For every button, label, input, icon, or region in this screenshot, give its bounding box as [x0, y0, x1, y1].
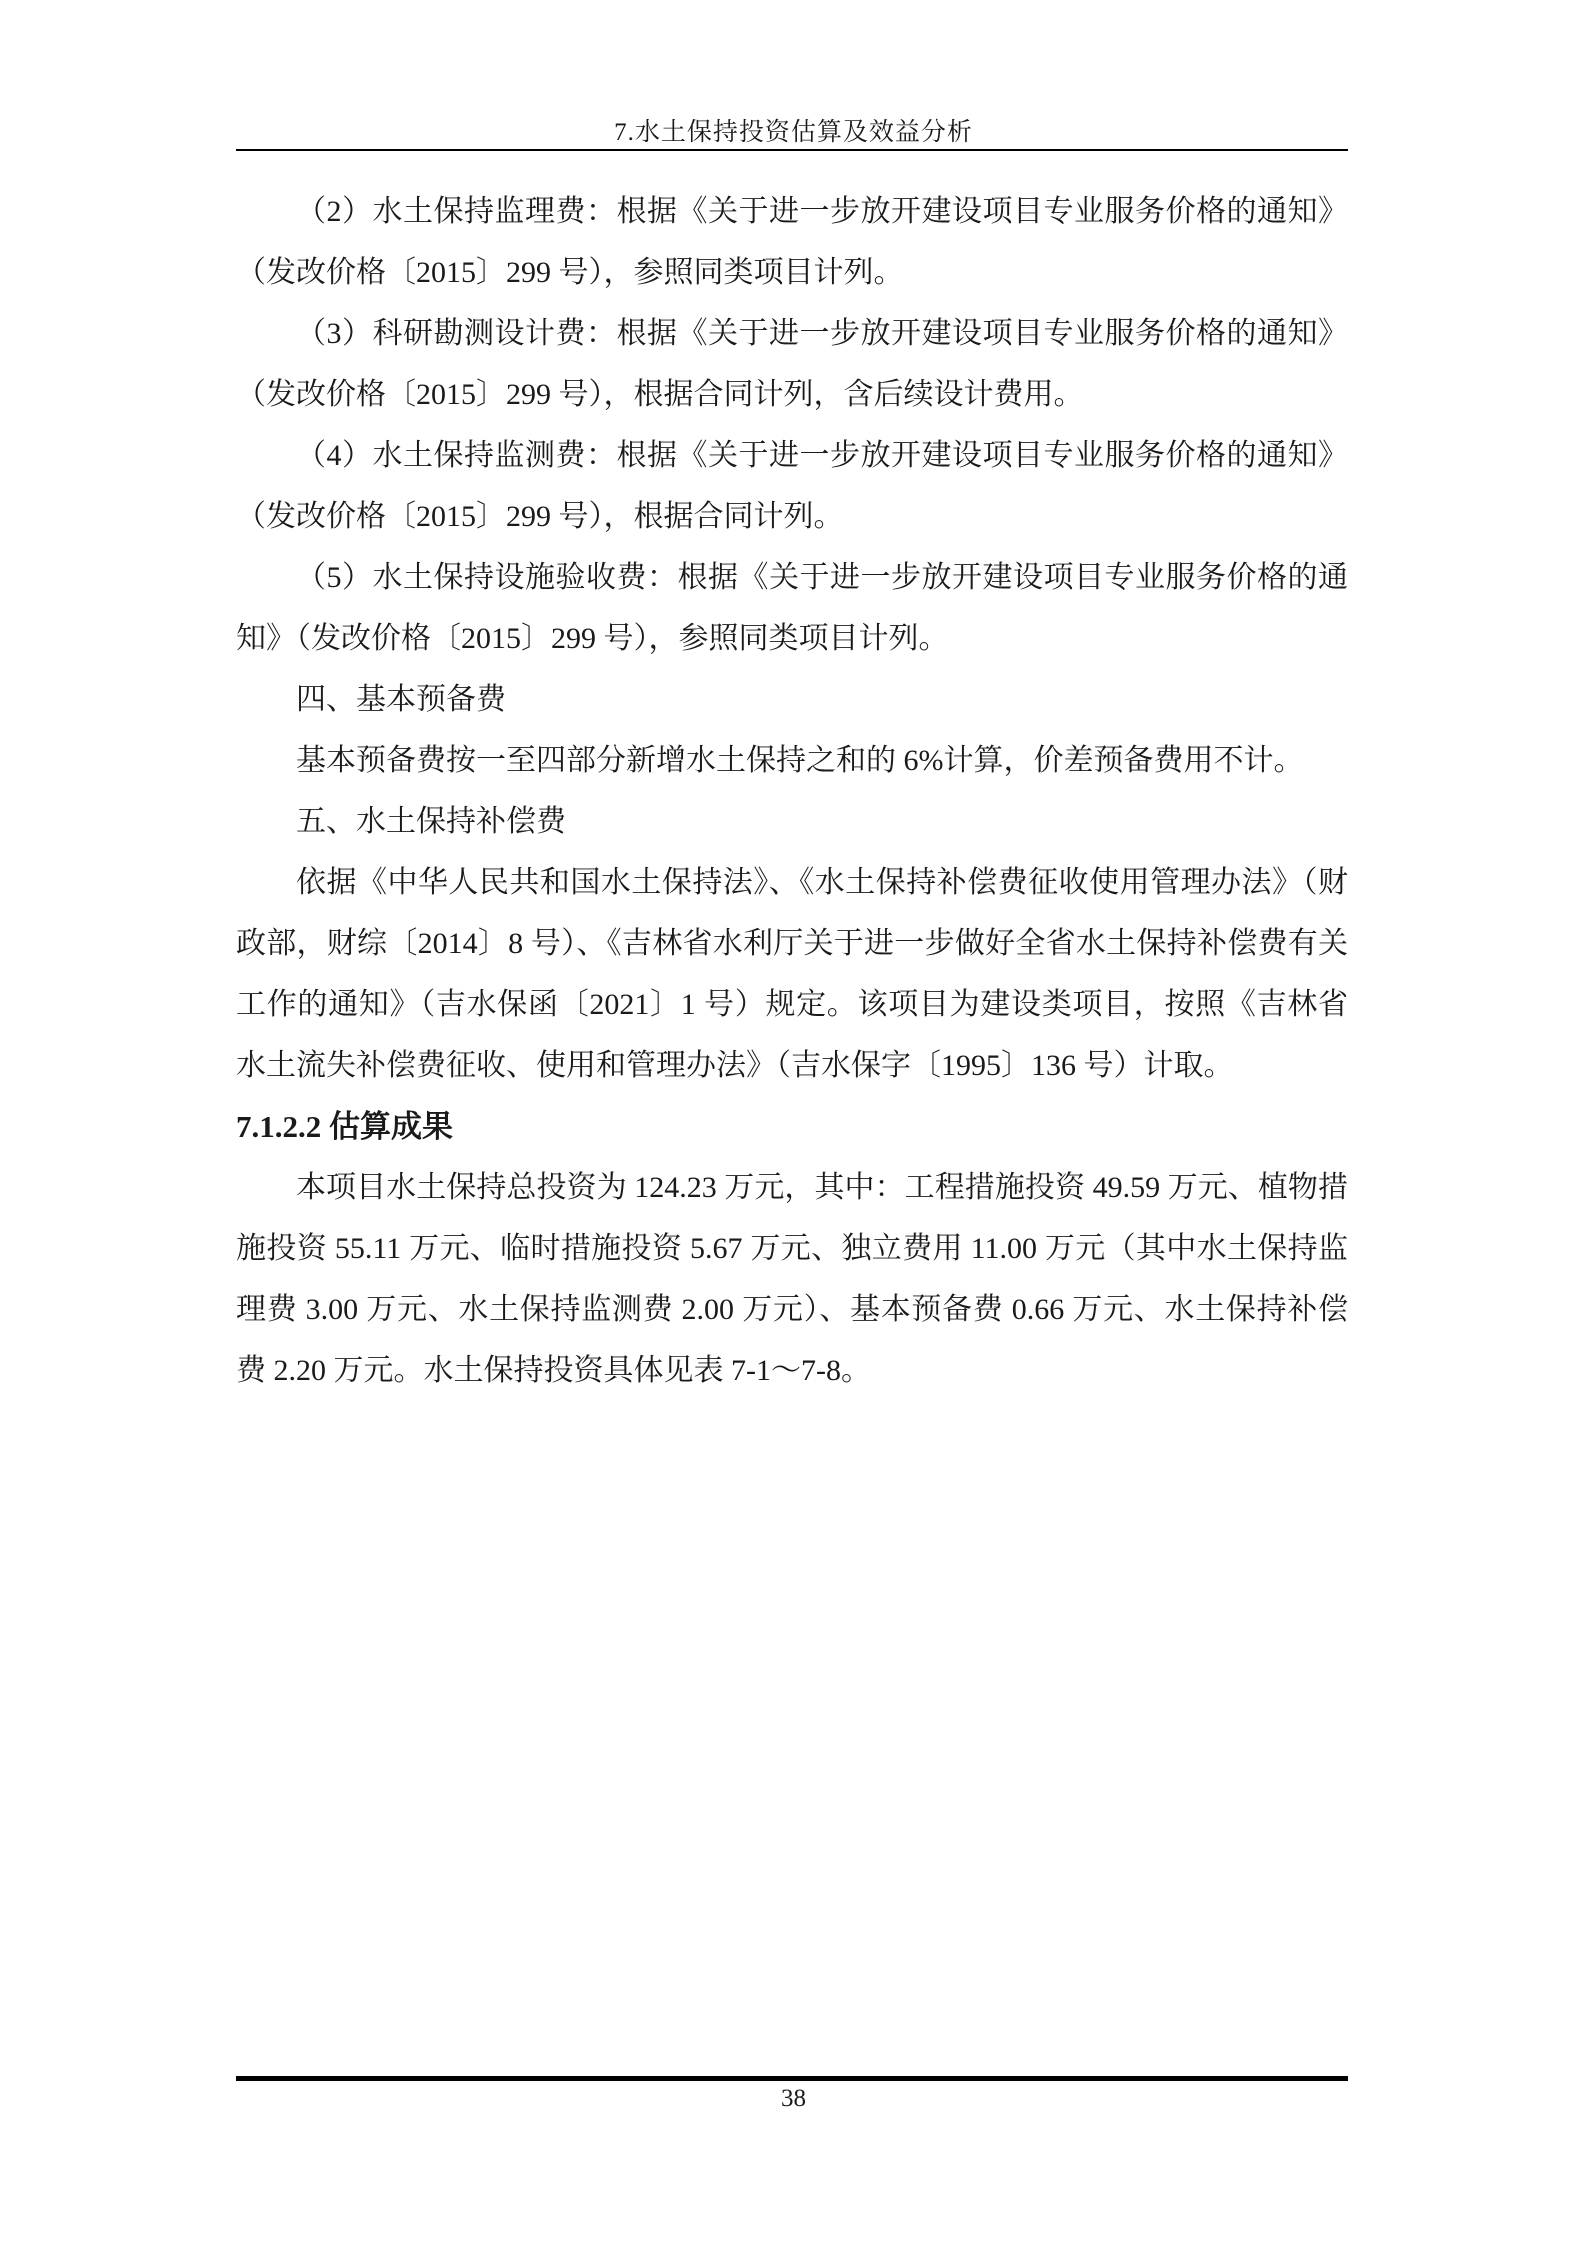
- section-heading-estimate-results: 7.1.2.2 估算成果: [236, 1096, 1348, 1157]
- document-page: 7.水土保持投资估算及效益分析 （2）水土保持监理费：根据《关于进一步放开建设项…: [0, 0, 1587, 2245]
- para-compensation-fee-basis: 依据《中华人民共和国水土保持法》、《水土保持补偿费征收使用管理办法》（财政部，财…: [236, 852, 1348, 1096]
- para-supervision-fee: （2）水土保持监理费：根据《关于进一步放开建设项目专业服务价格的通知》（发改价格…: [236, 181, 1348, 303]
- page-header-title: 7.水土保持投资估算及效益分析: [0, 112, 1587, 148]
- page-body: （2）水土保持监理费：根据《关于进一步放开建设项目专业服务价格的通知》（发改价格…: [236, 181, 1348, 1401]
- para-monitoring-fee: （4）水土保持监测费：根据《关于进一步放开建设项目专业服务价格的通知》（发改价格…: [236, 425, 1348, 547]
- para-estimate-results: 本项目水土保持总投资为 124.23 万元，其中：工程措施投资 49.59 万元…: [236, 1157, 1348, 1401]
- subheading-compensation-fee: 五、水土保持补偿费: [236, 791, 1348, 852]
- header-rule: [236, 149, 1348, 151]
- para-research-design-fee: （3）科研勘测设计费：根据《关于进一步放开建设项目专业服务价格的通知》（发改价格…: [236, 303, 1348, 425]
- para-basic-reserve-fee: 基本预备费按一至四部分新增水土保持之和的 6%计算，价差预备费用不计。: [236, 730, 1348, 791]
- page-number: 38: [0, 2085, 1587, 2113]
- footer-rule: [236, 2076, 1348, 2081]
- subheading-basic-reserve-fee: 四、基本预备费: [236, 669, 1348, 730]
- para-acceptance-fee: （5）水土保持设施验收费：根据《关于进一步放开建设项目专业服务价格的通知》（发改…: [236, 547, 1348, 669]
